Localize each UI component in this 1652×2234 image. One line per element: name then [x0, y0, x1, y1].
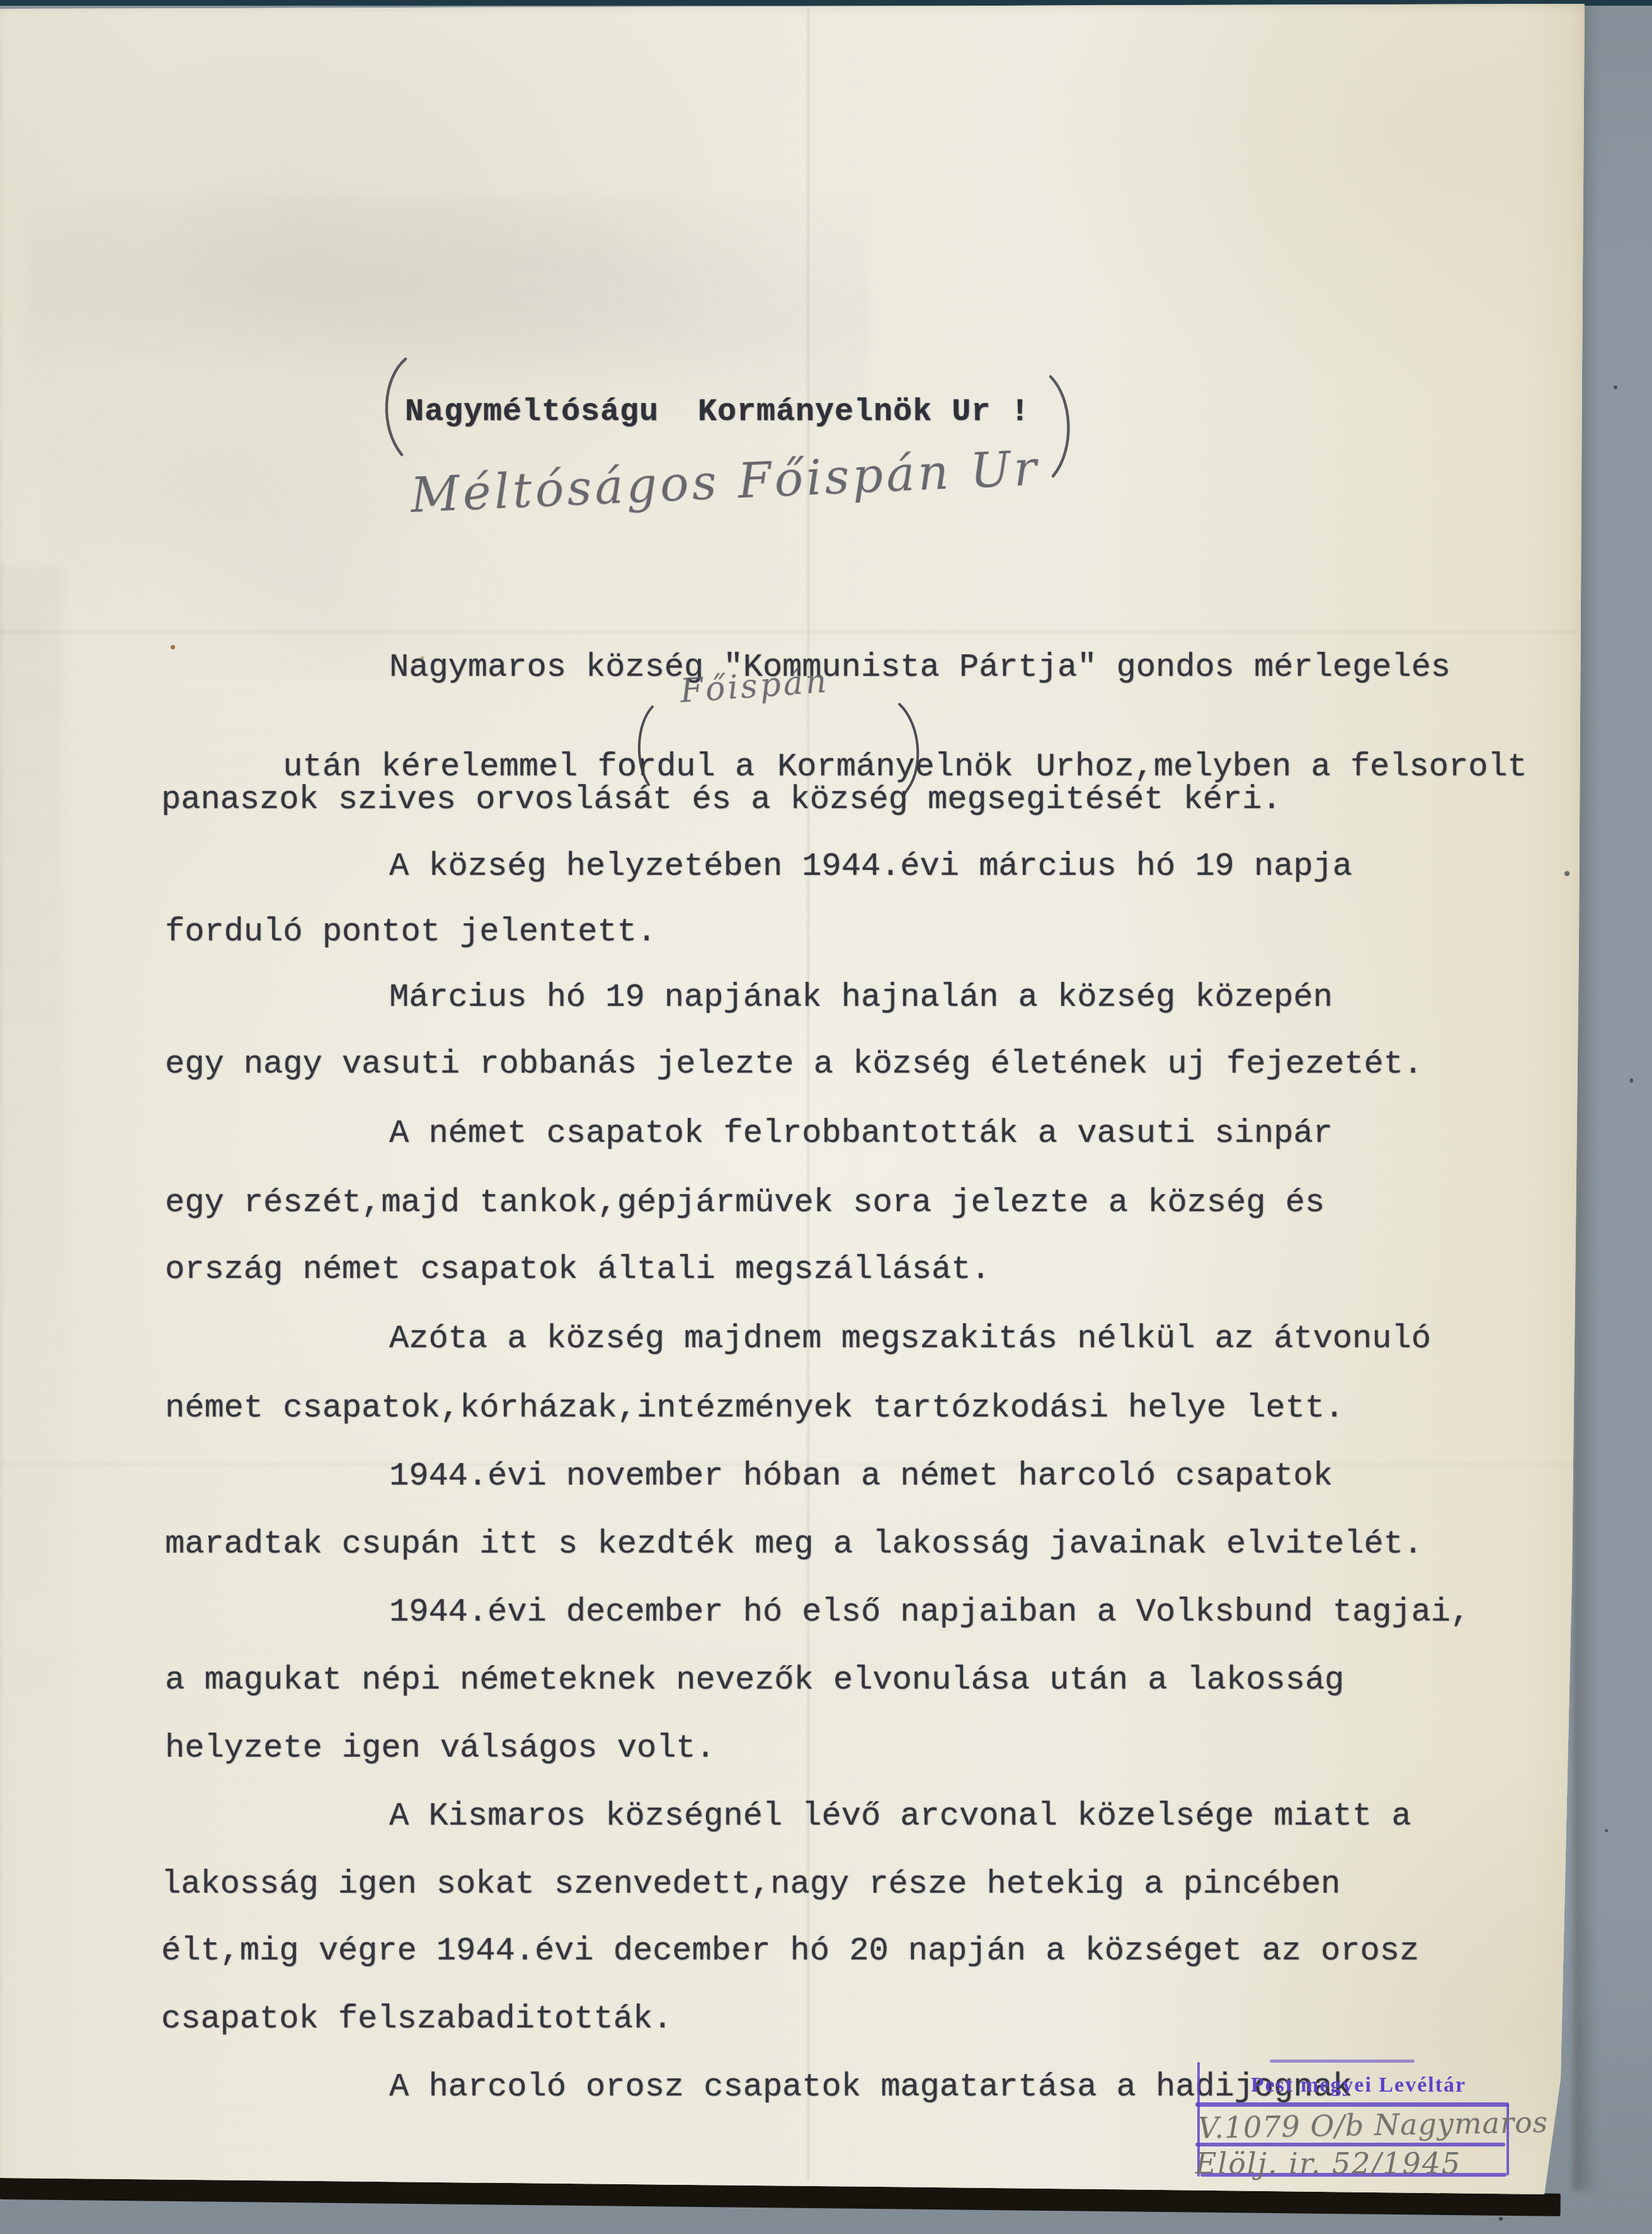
archive-stamp: Pest megyei Levéltár V.1079 O/b Nagymaro… — [1190, 2054, 1575, 2187]
handwritten-case-number: Elölj. ir. 52/1945 — [1195, 2146, 1461, 2180]
dust-speck — [1614, 385, 1617, 389]
typed-line: Március hó 19 napjának hajnalán a község… — [389, 981, 1333, 1014]
typed-line: 1944.évi december hó első napjaiban a Vo… — [389, 1596, 1470, 1629]
ghost-ink-impression — [0, 567, 63, 1764]
typed-line: a magukat népi németeknek nevezők elvonu… — [165, 1664, 1344, 1697]
typed-line: német csapatok,kórházak,intézmények tart… — [165, 1392, 1344, 1425]
handwritten-salutation: Méltóságos Főispán Ur — [409, 440, 1040, 523]
typed-line: egy nagy vasuti robbanás jelezte a közsé… — [165, 1048, 1423, 1081]
fold-crease-highlight — [810, 9, 811, 2180]
typed-line: A Kismaros községnél lévő arcvonal közel… — [389, 1800, 1411, 1833]
ghost-ink-impression — [25, 195, 869, 422]
typed-line: A német csapatok felrobbantották a vasut… — [389, 1117, 1333, 1150]
typed-line: csapatok felszabaditották. — [161, 2003, 672, 2036]
typed-line: egy részét,majd tankok,gépjármüvek sora … — [165, 1187, 1324, 1219]
inline-open-paren — [631, 704, 656, 787]
archive-stamp-title: Pest megyei Levéltár — [1251, 2073, 1466, 2097]
typed-line: Nagymaros község "Kommunista Pártja" gon… — [389, 651, 1450, 684]
dust-speck — [1630, 1078, 1633, 1083]
paper-sheet: Nagyméltóságu Kormányelnök Ur ! Méltóság… — [0, 0, 1593, 2204]
typed-line: panaszok szives orvoslását és a község m… — [161, 784, 1282, 816]
ghost-ink-impression — [44, 390, 523, 680]
dust-speck — [1605, 1829, 1608, 1832]
heading-close-paren — [1044, 374, 1081, 479]
paper-speck — [1564, 871, 1569, 876]
typed-line: maradtak csupán itt s kezdték meg a lako… — [165, 1528, 1423, 1561]
typed-line: A község helyzetében 1944.évi március hó… — [389, 850, 1352, 883]
fold-crease-horizontal — [0, 631, 1575, 633]
fold-crease-vertical — [807, 9, 809, 2180]
scanned-document-page: Nagyméltóságu Kormányelnök Ur ! Méltóság… — [0, 0, 1652, 2234]
typed-line: Azóta a község majdnem megszakitás nélkü… — [389, 1323, 1431, 1355]
dust-speck — [1499, 2217, 1503, 2221]
document-salutation-typed: Nagyméltóságu Kormányelnök Ur ! — [405, 394, 1030, 430]
stamp-rule-top — [1270, 2060, 1415, 2063]
typed-line: 1944.évi november hóban a német harcoló … — [389, 1460, 1333, 1493]
typed-segment: után kérelemmel fordul a — [283, 748, 755, 785]
typed-line: forduló pontot jelentett. — [165, 916, 656, 949]
paper-speck — [171, 645, 175, 649]
typed-line: ország német csapatok általi megszállásá… — [165, 1253, 991, 1286]
typed-line: helyzete igen válságos volt. — [165, 1732, 715, 1765]
typed-line: lakosság igen sokat szenvedett,nagy rész… — [161, 1868, 1340, 1901]
typed-line: élt,mig végre 1944.évi december hó 20 na… — [161, 1935, 1419, 1968]
typed-segment: Urhoz,melyben a felsorolt — [1036, 748, 1527, 785]
